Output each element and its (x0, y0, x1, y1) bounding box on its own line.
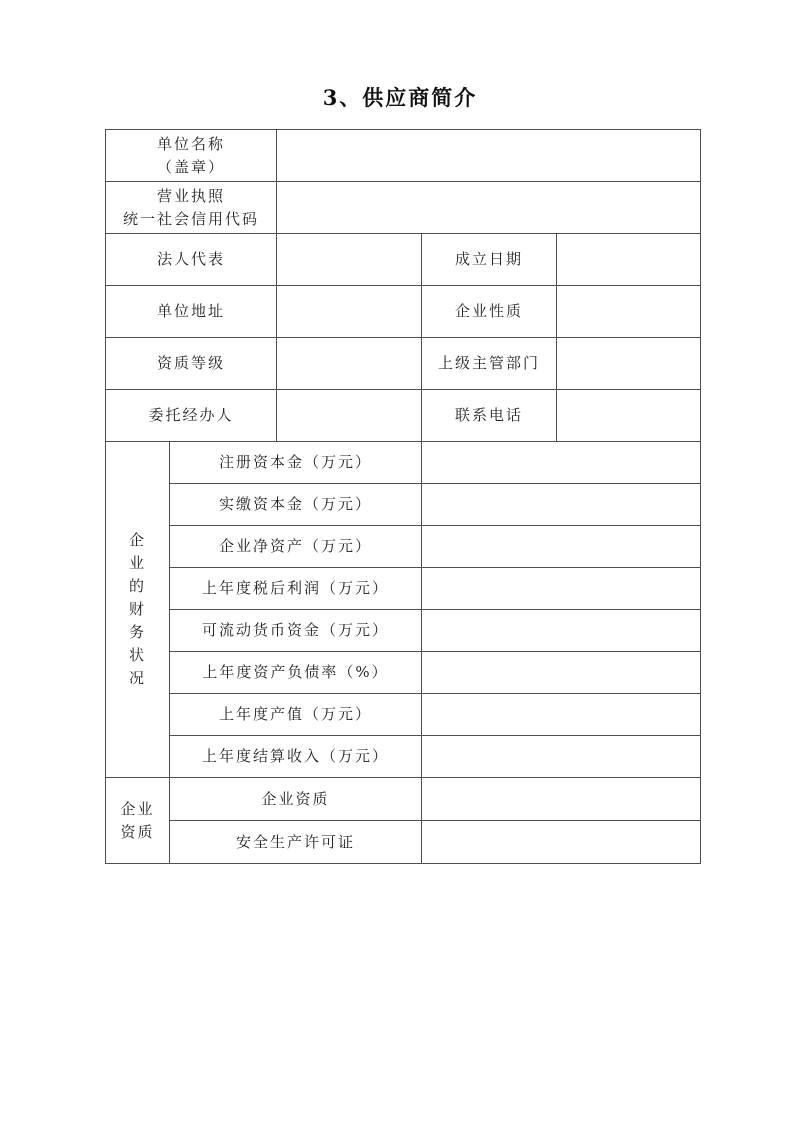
table-row: 企 业 的 财 务 状 况 注册资本金（万元） (106, 442, 701, 484)
document-page: 3、供应商简介 单位名称 （盖章） 营业执照 统一社会信用代码 法人代表 成立日… (0, 0, 800, 1131)
unit-address-value-cell[interactable] (277, 286, 422, 338)
table-row: 委托经办人 联系电话 (106, 390, 701, 442)
liquid-monetary-funds-label: 可流动货币资金（万元） (170, 610, 422, 652)
table-row: 单位名称 （盖章） (106, 130, 701, 182)
establishment-date-label: 成立日期 (422, 234, 557, 286)
establishment-date-value-cell[interactable] (557, 234, 701, 286)
output-value-label: 上年度产值（万元） (170, 694, 422, 736)
supplier-info-table: 单位名称 （盖章） 营业执照 统一社会信用代码 法人代表 成立日期 单位地址 企… (105, 129, 701, 864)
qualification-grade-label: 资质等级 (106, 338, 277, 390)
entrusted-agent-label: 委托经办人 (106, 390, 277, 442)
paid-in-capital-value-cell[interactable] (422, 484, 701, 526)
safety-production-license-label: 安全生产许可证 (170, 821, 422, 864)
legal-representative-value-cell[interactable] (277, 234, 422, 286)
table-row: 法人代表 成立日期 (106, 234, 701, 286)
paid-in-capital-label: 实缴资本金（万元） (170, 484, 422, 526)
contact-phone-value-cell[interactable] (557, 390, 701, 442)
enterprise-qualification-side-label: 企业 资质 (106, 778, 170, 864)
superior-department-label: 上级主管部门 (422, 338, 557, 390)
enterprise-qualification-label: 企业资质 (170, 778, 422, 821)
business-license-code-value-cell[interactable] (277, 182, 701, 234)
table-row: 可流动货币资金（万元） (106, 610, 701, 652)
table-row: 单位地址 企业性质 (106, 286, 701, 338)
qualification-grade-value-cell[interactable] (277, 338, 422, 390)
net-assets-value-cell[interactable] (422, 526, 701, 568)
enterprise-qualification-value-cell[interactable] (422, 778, 701, 821)
page-title: 3、供应商简介 (0, 82, 800, 112)
table-row: 实缴资本金（万元） (106, 484, 701, 526)
unit-name-seal-label: 单位名称 （盖章） (106, 130, 277, 182)
output-value-value-cell[interactable] (422, 694, 701, 736)
settlement-income-value-cell[interactable] (422, 736, 701, 778)
safety-production-license-value-cell[interactable] (422, 821, 701, 864)
table-row: 营业执照 统一社会信用代码 (106, 182, 701, 234)
registered-capital-value-cell[interactable] (422, 442, 701, 484)
asset-liability-ratio-label: 上年度资产负债率（%） (170, 652, 422, 694)
registered-capital-label: 注册资本金（万元） (170, 442, 422, 484)
after-tax-profit-value-cell[interactable] (422, 568, 701, 610)
after-tax-profit-label: 上年度税后利润（万元） (170, 568, 422, 610)
liquid-monetary-funds-value-cell[interactable] (422, 610, 701, 652)
unit-name-seal-value-cell[interactable] (277, 130, 701, 182)
table-row: 上年度产值（万元） (106, 694, 701, 736)
table-row: 企业净资产（万元） (106, 526, 701, 568)
table-row: 上年度资产负债率（%） (106, 652, 701, 694)
table-row: 企业 资质 企业资质 (106, 778, 701, 821)
enterprise-nature-label: 企业性质 (422, 286, 557, 338)
financial-status-side-label: 企 业 的 财 务 状 况 (106, 442, 170, 778)
unit-address-label: 单位地址 (106, 286, 277, 338)
table-row: 上年度税后利润（万元） (106, 568, 701, 610)
enterprise-nature-value-cell[interactable] (557, 286, 701, 338)
business-license-code-label: 营业执照 统一社会信用代码 (106, 182, 277, 234)
asset-liability-ratio-value-cell[interactable] (422, 652, 701, 694)
legal-representative-label: 法人代表 (106, 234, 277, 286)
contact-phone-label: 联系电话 (422, 390, 557, 442)
entrusted-agent-value-cell[interactable] (277, 390, 422, 442)
superior-department-value-cell[interactable] (557, 338, 701, 390)
table-row: 安全生产许可证 (106, 821, 701, 864)
table-row: 上年度结算收入（万元） (106, 736, 701, 778)
table-row: 资质等级 上级主管部门 (106, 338, 701, 390)
net-assets-label: 企业净资产（万元） (170, 526, 422, 568)
settlement-income-label: 上年度结算收入（万元） (170, 736, 422, 778)
